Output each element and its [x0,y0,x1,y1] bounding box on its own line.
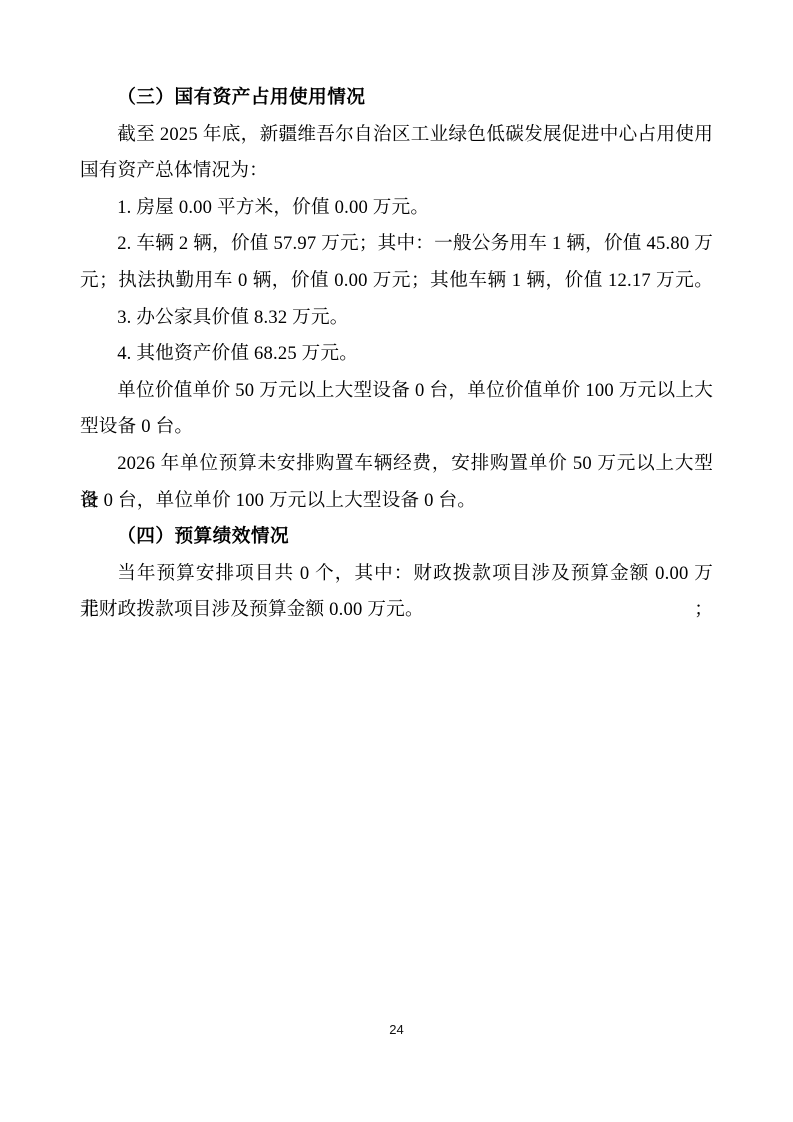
para-assets-line-2: 国有资产总体情况为： [80,153,713,190]
para-2026-budget-line-2: 备 0 台，单位单价 100 万元以上大型设备 0 台。 [80,483,713,520]
item-vehicles-line-1: 2. 车辆 2 辆，价值 57.97 万元；其中：一般公务用车 1 辆，价值 4… [80,226,713,263]
document-page: （三）国有资产占用使用情况 截至 2025 年底，新疆维吾尔自治区工业绿色低碳发… [0,0,793,1122]
para-equipment-line-2: 型设备 0 台。 [80,409,713,446]
item-vehicles-line-2: 元；执法执勤用车 0 辆，价值 0.00 万元；其他车辆 1 辆，价值 12.1… [80,263,713,300]
para-performance-line-1: 当年预算安排项目共 0 个，其中：财政拨款项目涉及预算金额 0.00 万元； [80,556,713,593]
item-other-assets: 4. 其他资产价值 68.25 万元。 [80,336,713,373]
page-number: 24 [0,1022,793,1038]
item-housing: 1. 房屋 0.00 平方米，价值 0.00 万元。 [80,190,713,227]
section-heading-4: （四）预算绩效情况 [80,519,713,556]
para-assets-line-1: 截至 2025 年底，新疆维吾尔自治区工业绿色低碳发展促进中心占用使用 [80,117,713,154]
document-text-block: （三）国有资产占用使用情况 截至 2025 年底，新疆维吾尔自治区工业绿色低碳发… [80,80,713,629]
para-equipment-line-1: 单位价值单价 50 万元以上大型设备 0 台，单位价值单价 100 万元以上大 [80,373,713,410]
item-office-furniture: 3. 办公家具价值 8.32 万元。 [80,300,713,337]
para-2026-budget-line-1: 2026 年单位预算未安排购置车辆经费，安排购置单价 50 万元以上大型设 [80,446,713,483]
section-heading-3: （三）国有资产占用使用情况 [80,80,713,117]
